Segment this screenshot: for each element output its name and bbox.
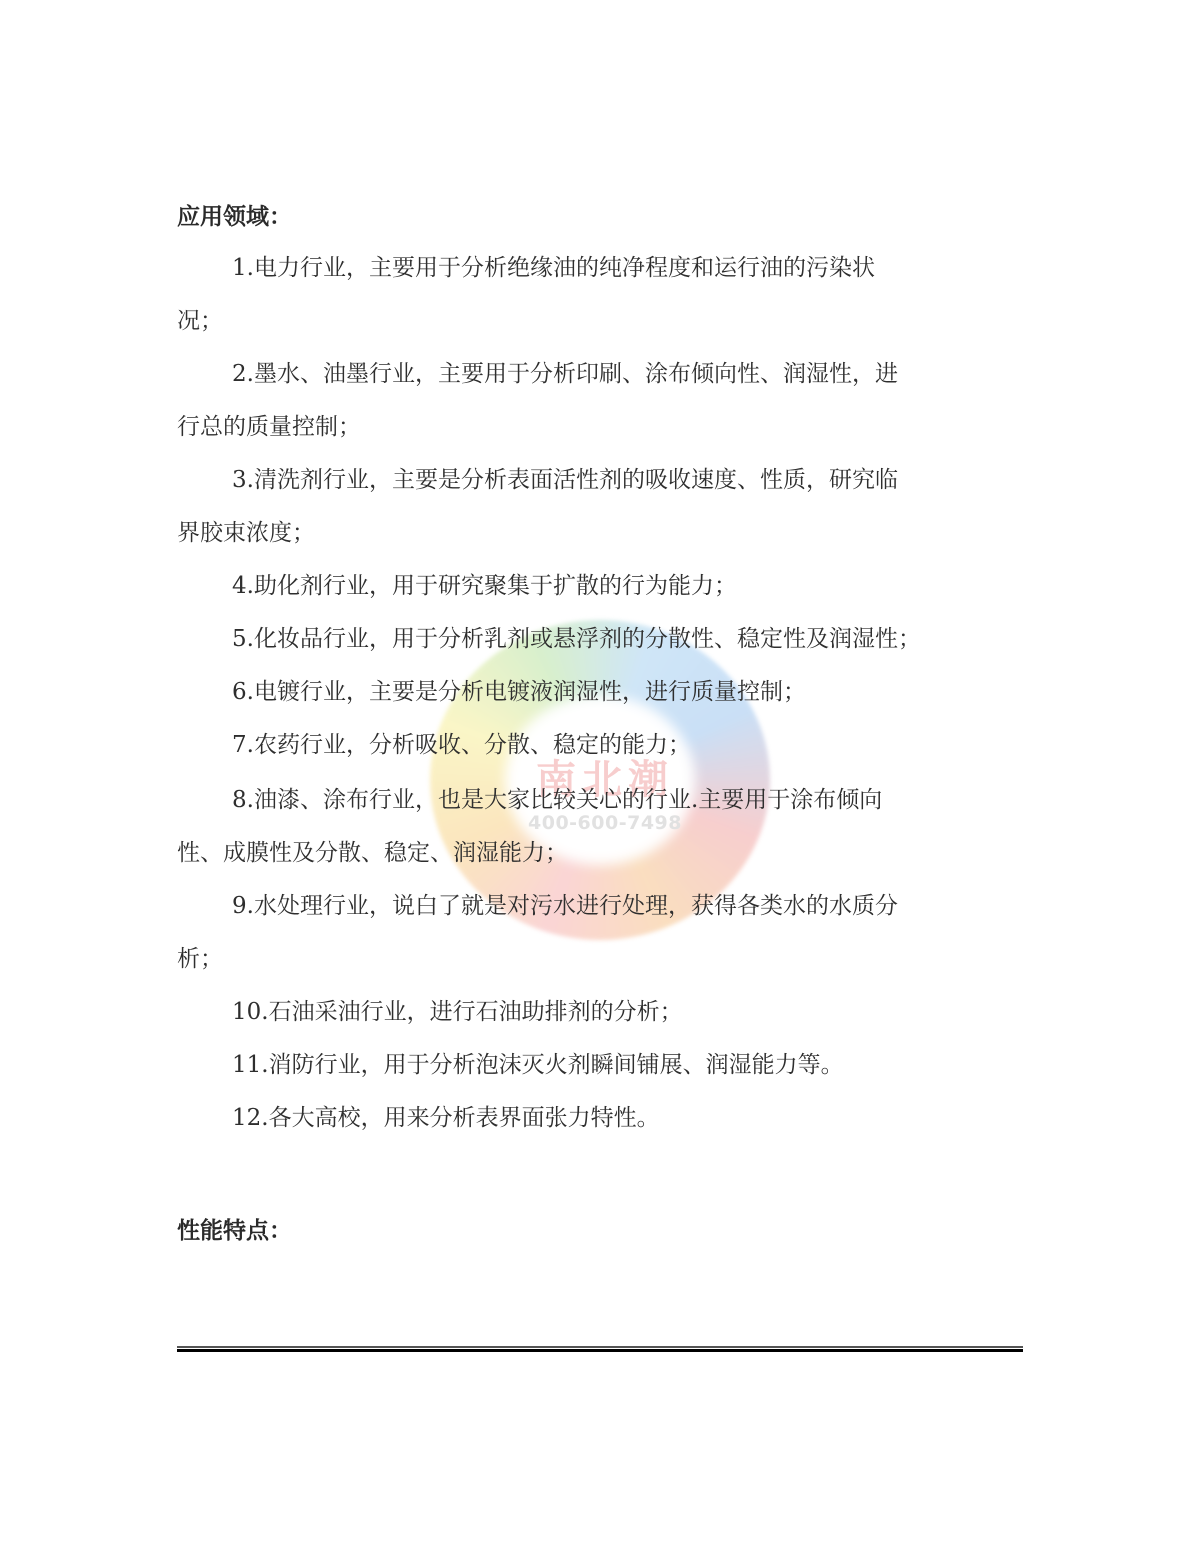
list-item-line: 5.化妆品行业，用于分析乳剂或悬浮剂的分散性、稳定性及润湿性； — [232, 624, 921, 654]
footer-divider-thick — [177, 1349, 1023, 1352]
section-heading-features: 性能特点： — [177, 1212, 292, 1245]
list-item-line: 2.墨水、油墨行业，主要用于分析印刷、涂布倾向性、润湿性，进 — [232, 359, 898, 389]
list-item-line: 9.水处理行业，说白了就是对污水进行处理，获得各类水的水质分 — [232, 891, 898, 921]
list-item-line: 11.消防行业，用于分析泡沫灭火剂瞬间铺展、润湿能力等。 — [232, 1050, 844, 1080]
list-item-line: 6.电镀行业，主要是分析电镀液润湿性，进行质量控制； — [232, 677, 806, 707]
list-item-line: 性、成膜性及分散、稳定、润湿能力； — [177, 838, 568, 868]
list-item-line: 8.油漆、涂布行业，也是大家比较关心的行业.主要用于涂布倾向 — [232, 785, 882, 815]
list-item-line: 界胶束浓度； — [177, 518, 315, 548]
watermark-phone: 400-600-7498 — [515, 812, 695, 834]
section-heading-applications: 应用领域： — [177, 198, 292, 231]
list-item-line: 3.清洗剂行业，主要是分析表面活性剂的吸收速度、性质，研究临 — [232, 465, 898, 495]
list-item-line: 10.石油采油行业，进行石油助排剂的分析； — [232, 997, 683, 1027]
document-page: 南北潮 400-600-7498 应用领域： 1.电力行业，主要用于分析绝缘油的… — [0, 0, 1200, 1552]
list-item-line: 行总的质量控制； — [177, 412, 361, 442]
list-item-line: 7.农药行业，分析吸收、分散、稳定的能力； — [232, 730, 691, 760]
list-item-line: 4.助化剂行业，用于研究聚集于扩散的行为能力； — [232, 571, 737, 601]
list-item-line: 1.电力行业，主要用于分析绝缘油的纯净程度和运行油的污染状 — [232, 253, 875, 283]
list-item-line: 析； — [177, 944, 223, 974]
footer-divider-thin — [177, 1346, 1023, 1348]
list-item-line: 况； — [177, 306, 223, 336]
list-item-line: 12.各大高校，用来分析表界面张力特性。 — [232, 1103, 660, 1133]
